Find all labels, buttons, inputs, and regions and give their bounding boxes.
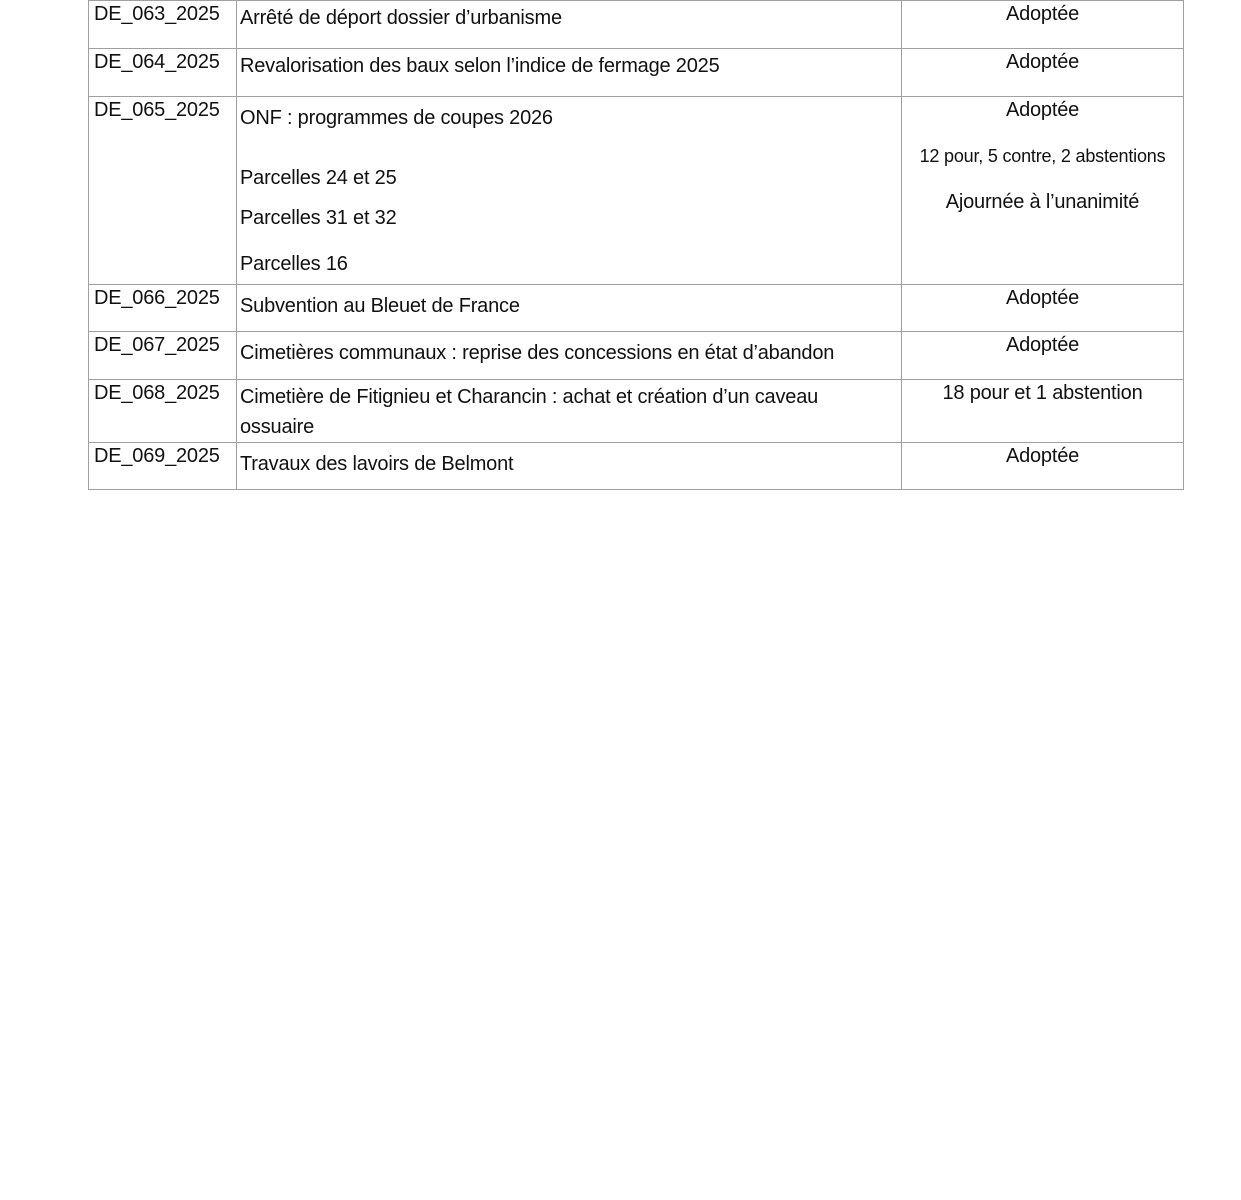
deliberation-object: Cimetière de Fitignieu et Charancin : ac… [237,380,902,443]
sub-item: Parcelles 16 [240,249,897,279]
deliberation-result: Adoptée 12 pour, 5 contre, 2 abstentions… [902,97,1184,285]
deliberation-id: DE_064_2025 [89,49,237,97]
deliberation-object: Arrêté de déport dossier d’urbanisme [237,1,902,49]
deliberation-id: DE_063_2025 [89,1,237,49]
table-row: DE_064_2025 Revalorisation des baux selo… [89,49,1184,97]
sub-result: Ajournée à l’unanimité [902,191,1183,213]
sub-item: Parcelles 24 et 25 [240,163,897,193]
deliberation-object: Subvention au Bleuet de France [240,287,897,321]
table-row: DE_063_2025 Arrêté de déport dossier d’u… [89,1,1184,49]
deliberation-result: 18 pour et 1 abstention [902,380,1184,443]
deliberation-result: Adoptée [902,49,1184,97]
sub-result: Adoptée [902,99,1183,121]
sub-item: Parcelles 31 et 32 [240,203,897,233]
sub-result: 12 pour, 5 contre, 2 abstentions [902,145,1183,167]
deliberation-id: DE_065_2025 [89,97,237,285]
table-row: DE_067_2025 Cimetières communaux : repri… [89,332,1184,380]
deliberation-id: DE_067_2025 [89,332,237,380]
deliberation-result: Adoptée [902,285,1184,332]
deliberation-id: DE_069_2025 [89,443,237,490]
deliberation-object-title: ONF : programmes de coupes 2026 [240,99,897,133]
deliberation-object: Revalorisation des baux selon l’indice d… [237,49,902,97]
deliberation-object: Cimetières communaux : reprise des conce… [240,334,897,368]
table-row: DE_069_2025 Travaux des lavoirs de Belmo… [89,443,1184,490]
table-row: DE_066_2025 Subvention au Bleuet de Fran… [89,285,1184,332]
deliberation-id: DE_066_2025 [89,285,237,332]
deliberation-result: Adoptée [902,332,1184,380]
deliberation-object: Travaux des lavoirs de Belmont [240,445,897,479]
deliberations-table: DE_063_2025 Arrêté de déport dossier d’u… [88,0,1184,490]
deliberation-result: Adoptée [902,1,1184,49]
table-row: DE_068_2025 Cimetière de Fitignieu et Ch… [89,380,1184,443]
table-row: DE_065_2025 ONF : programmes de coupes 2… [89,97,1184,285]
deliberation-id: DE_068_2025 [89,380,237,443]
deliberation-result: Adoptée [902,443,1184,490]
deliberation-object: ONF : programmes de coupes 2026 Parcelle… [237,97,902,285]
